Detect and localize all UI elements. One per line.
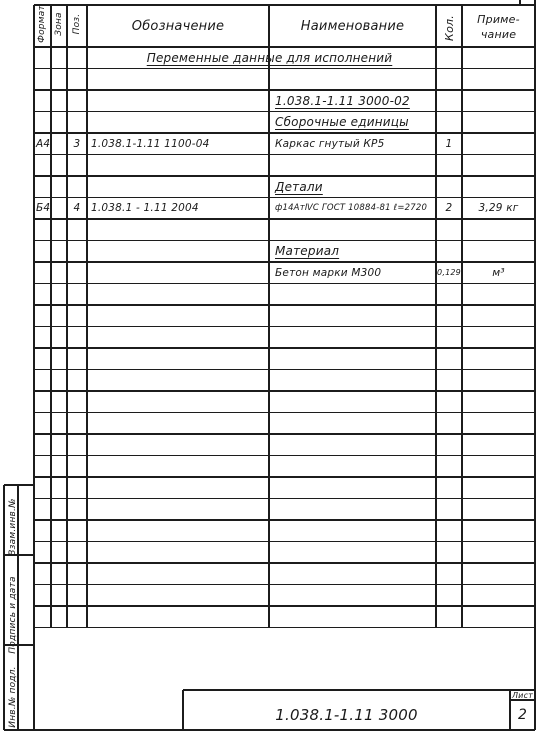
h-rule bbox=[34, 541, 535, 542]
h-rule bbox=[34, 476, 535, 477]
cell-designation: 1.038.1-1.11 1100-04 bbox=[87, 133, 269, 155]
h-rule bbox=[34, 390, 535, 391]
header-quantity: Кол. bbox=[441, 6, 457, 50]
cell-name: 1.038.1-1.11 3000-02 bbox=[269, 90, 436, 112]
header-designation: Обозначение bbox=[87, 6, 269, 47]
h-rule bbox=[34, 605, 535, 606]
h-rule bbox=[34, 197, 535, 198]
cell-name: Сборочные единицы bbox=[269, 112, 436, 134]
cell-name: Каркас гнутый КР5 bbox=[269, 133, 436, 155]
cell-position: 4 bbox=[67, 198, 87, 220]
h-rule bbox=[34, 519, 535, 520]
header-position: Поз. bbox=[69, 2, 85, 46]
h-rule bbox=[34, 304, 535, 305]
h-rule bbox=[34, 218, 535, 219]
h-rule bbox=[34, 729, 535, 731]
h-rule bbox=[34, 455, 535, 456]
cell-note: м³ bbox=[462, 262, 535, 284]
v-rule bbox=[3, 485, 4, 730]
h-rule bbox=[34, 4, 535, 6]
h-rule bbox=[34, 46, 535, 47]
cell-name: Детали bbox=[269, 176, 436, 198]
h-rule bbox=[34, 89, 535, 90]
v-rule bbox=[17, 485, 18, 730]
v-rule bbox=[50, 5, 51, 628]
sheet-number: 2 bbox=[510, 700, 535, 730]
header-name: Наименование bbox=[269, 6, 436, 47]
v-rule bbox=[519, 0, 520, 5]
cell-name: Материал bbox=[269, 241, 436, 263]
h-rule bbox=[34, 584, 535, 585]
cell-quantity: 1 bbox=[436, 133, 462, 155]
header-note-line2: чание bbox=[481, 27, 516, 42]
h-rule bbox=[34, 326, 535, 327]
header-zone: Зона bbox=[51, 2, 67, 46]
h-rule bbox=[4, 554, 34, 555]
v-rule bbox=[66, 5, 67, 628]
h-rule bbox=[34, 283, 535, 284]
h-rule bbox=[34, 347, 535, 348]
v-rule bbox=[509, 690, 510, 730]
h-rule bbox=[4, 729, 34, 730]
h-rule bbox=[4, 484, 34, 485]
v-rule bbox=[33, 5, 35, 730]
h-rule bbox=[34, 154, 535, 155]
h-rule bbox=[34, 261, 535, 262]
h-rule bbox=[34, 111, 535, 112]
cell-format: Б4 bbox=[34, 198, 51, 220]
h-rule bbox=[34, 132, 535, 133]
h-rule bbox=[34, 68, 535, 69]
header-note: Приме- чание bbox=[462, 6, 535, 47]
v-rule bbox=[435, 5, 436, 628]
specification-sheet: Формат Зона Поз. Обозначение Наименовани… bbox=[0, 0, 539, 732]
v-rule bbox=[86, 5, 87, 628]
cell-quantity: 2 bbox=[436, 198, 462, 220]
cell-format: А4 bbox=[34, 133, 51, 155]
cell-name: ф14АтⅣС ГОСТ 10884-81 ℓ=2720 bbox=[269, 198, 436, 220]
cell-designation: 1.038.1 - 1.11 2004 bbox=[87, 198, 269, 220]
cell-position: 3 bbox=[67, 133, 87, 155]
header-format: Формат bbox=[34, 2, 50, 46]
cell-name: Бетон марки М300 bbox=[269, 262, 436, 284]
h-rule bbox=[34, 369, 535, 370]
cell-quantity: 0,129 bbox=[436, 262, 462, 284]
h-rule bbox=[34, 498, 535, 499]
v-rule bbox=[461, 5, 462, 628]
h-rule bbox=[34, 175, 535, 176]
header-note-line1: Приме- bbox=[477, 12, 520, 27]
cell-note: 3,29 кг bbox=[462, 198, 535, 220]
v-rule bbox=[268, 5, 269, 628]
h-rule bbox=[34, 412, 535, 413]
h-rule bbox=[34, 433, 535, 434]
h-rule bbox=[4, 644, 34, 645]
v-rule bbox=[534, 0, 536, 730]
h-rule bbox=[510, 699, 535, 700]
v-rule bbox=[182, 690, 184, 730]
h-rule bbox=[183, 689, 535, 691]
h-rule bbox=[34, 627, 535, 628]
h-rule bbox=[34, 240, 535, 241]
title-block-code: 1.038.1-1.11 3000 bbox=[183, 700, 510, 730]
h-rule bbox=[34, 562, 535, 563]
